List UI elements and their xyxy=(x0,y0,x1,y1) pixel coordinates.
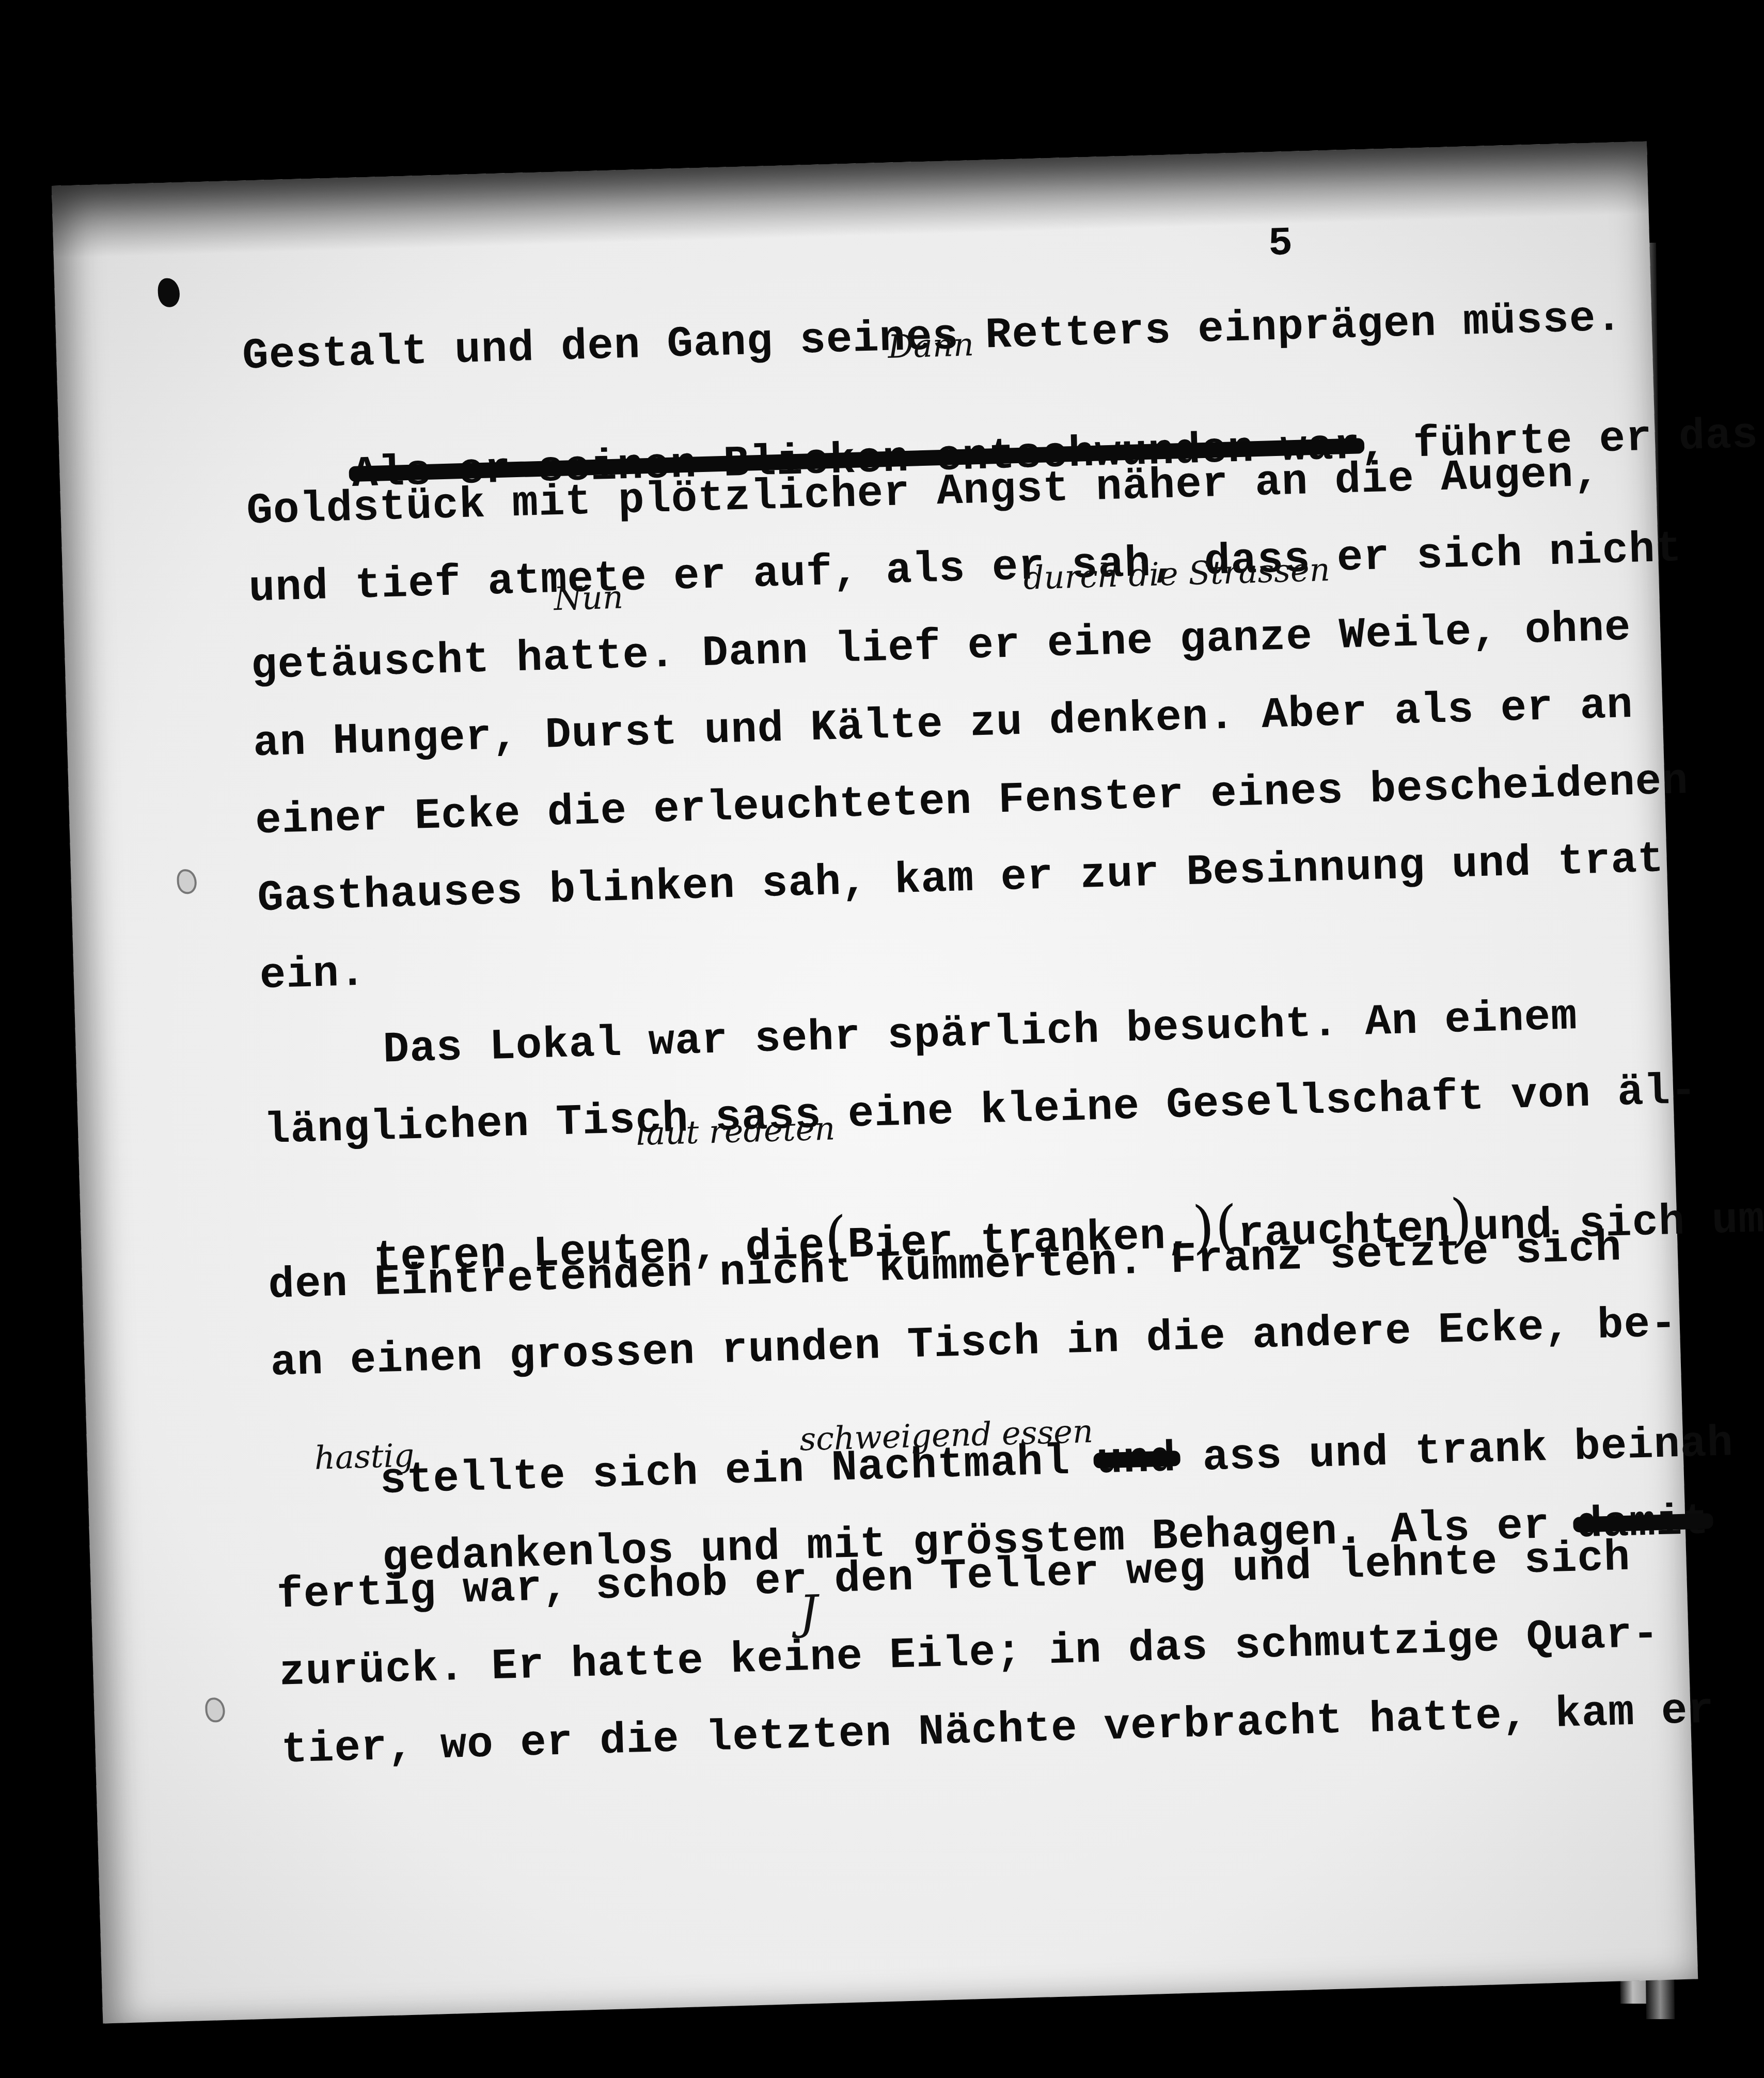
page-number: 5 xyxy=(1268,221,1293,267)
punch-hole-mark xyxy=(157,278,180,307)
handwritten-insertion-mark: J xyxy=(798,1585,818,1640)
handwritten-insertion: laut redeten xyxy=(636,1109,836,1153)
text-line-11: länglichen Tisch sass eine kleine Gesell… xyxy=(263,1070,1697,1153)
text-line-19: tier, wo er die letzten Nächte verbracht… xyxy=(281,1689,1715,1772)
text-line-6: an Hunger, Durst und Kälte zu denken. Ab… xyxy=(253,684,1634,766)
handwritten-insertion: hastig xyxy=(314,1436,415,1476)
text-line-7: einer Ecke die erleuchteten Fenster eine… xyxy=(255,760,1689,843)
handwritten-insertion: durch die Strassen xyxy=(1023,550,1331,597)
text-line-9: ein. xyxy=(259,952,367,999)
text-line-8: Gasthauses blinken sah, kam er zur Besin… xyxy=(257,838,1665,921)
manuscript-page: 5 Gestalt und den Gang seines Retters ei… xyxy=(52,141,1698,2024)
handwritten-insertion: Dann xyxy=(887,325,974,366)
punch-hole-mark xyxy=(177,869,197,894)
text-line-4: und tief atmete er auf, als er sah, dass… xyxy=(248,528,1682,611)
text-line-18: zurück. Er hatte keine Eile; in das schm… xyxy=(278,1613,1660,1695)
text-line-10: Das Lokal war sehr spärlich besucht. An … xyxy=(383,996,1578,1073)
page-top-shadow xyxy=(52,141,1649,258)
text-line-5: getäuscht hatte. Dann lief er eine ganze… xyxy=(250,607,1632,689)
punch-hole-mark xyxy=(205,1697,225,1723)
handwritten-insertion: Nun xyxy=(554,578,624,618)
